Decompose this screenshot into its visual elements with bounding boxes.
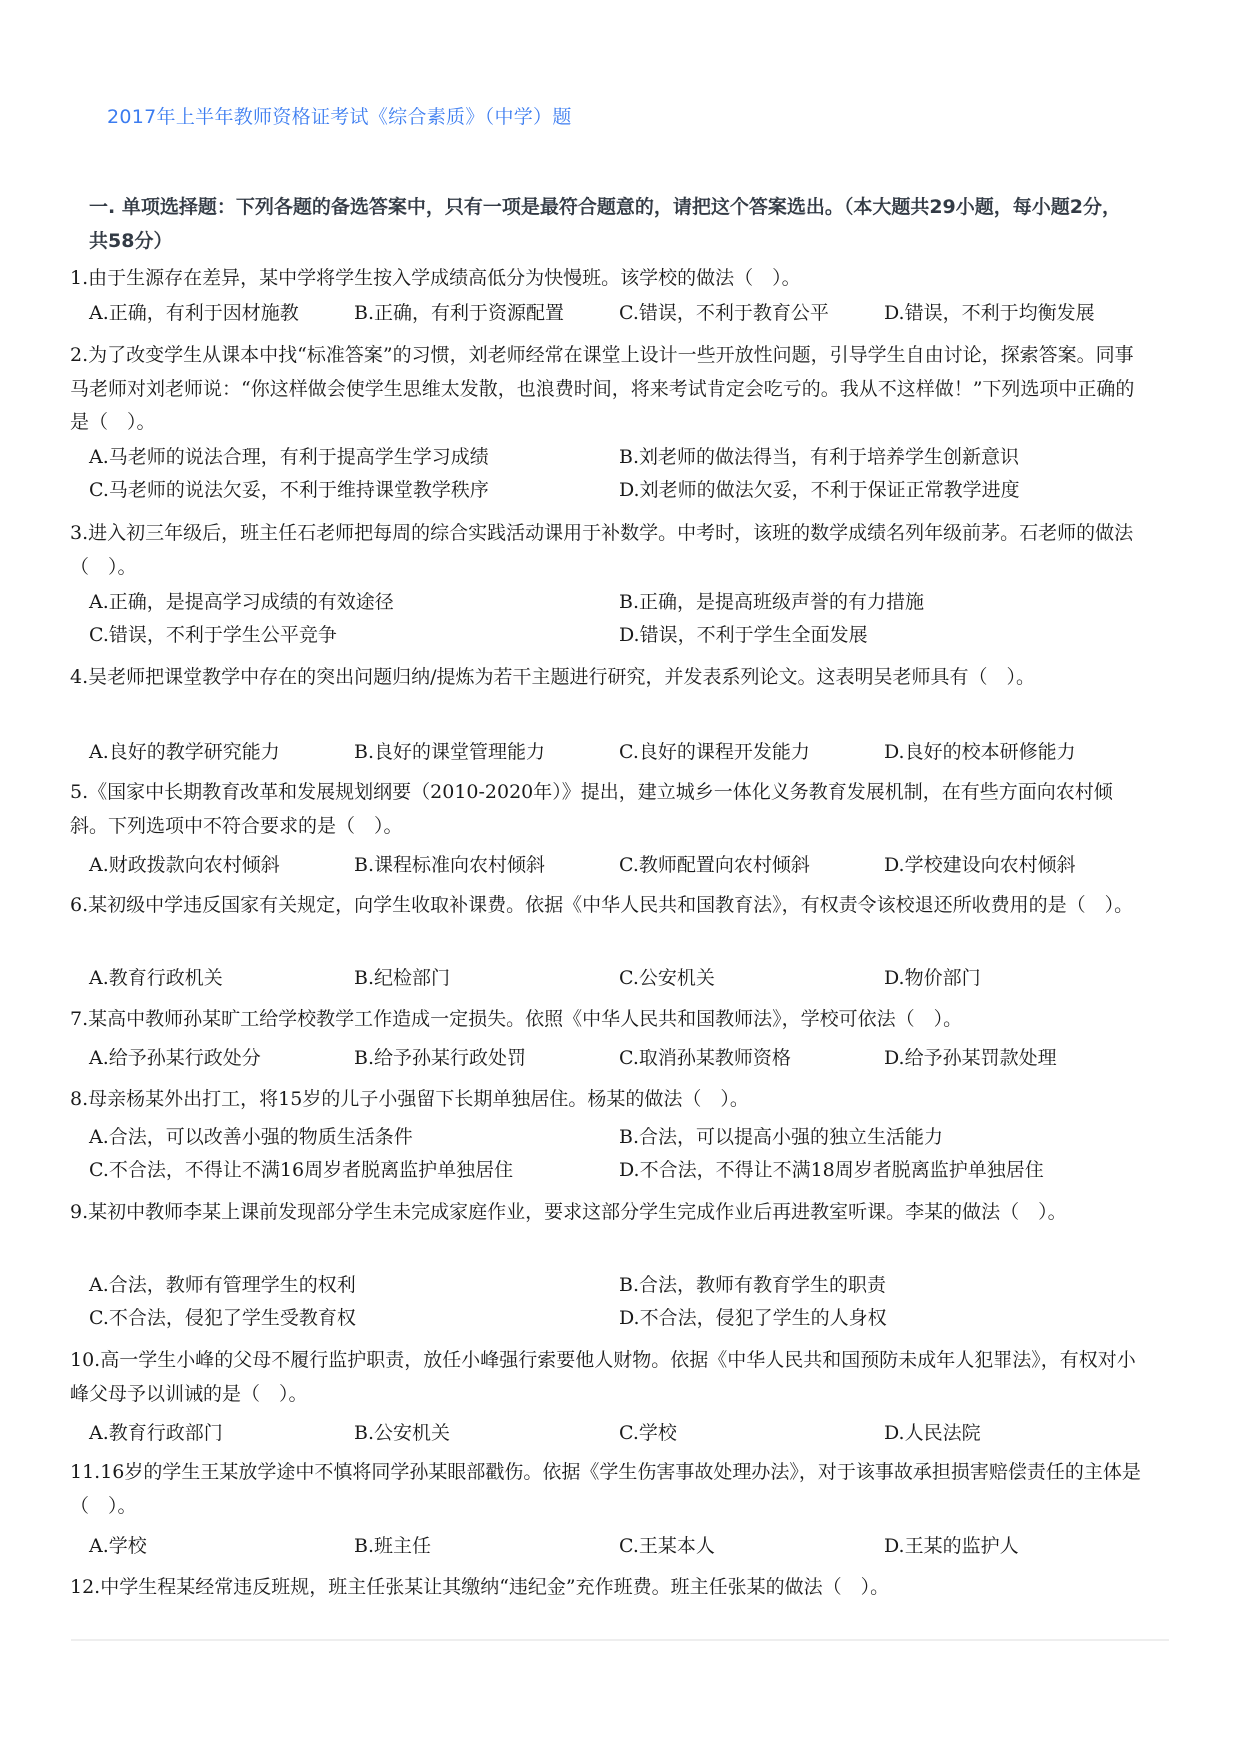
question-stem: 中学生程某经常违反班规，班主任张某让其缴纳“违纪金”充作班费。班主任张某的做法（… bbox=[100, 1576, 889, 1598]
exam-title: 2017年上半年教师资格证考试《综合素质》（中学）题 bbox=[107, 102, 572, 129]
option-b[interactable]: B.良好的课堂管理能力 bbox=[354, 737, 545, 764]
option-d[interactable]: D.良好的校本研修能力 bbox=[884, 737, 1076, 764]
question-3: 3.进入初三年级后，班主任石老师把每周的综合实践活动课用于补数学。中考时，该班的… bbox=[70, 517, 1150, 584]
option-b[interactable]: B.公安机关 bbox=[354, 1418, 450, 1445]
option-b[interactable]: B.纪检部门 bbox=[354, 963, 450, 990]
option-c[interactable]: C.教师配置向农村倾斜 bbox=[619, 850, 810, 877]
option-c[interactable]: C.公安机关 bbox=[619, 963, 715, 990]
option-d[interactable]: D.不合法，侵犯了学生的人身权 bbox=[619, 1303, 887, 1330]
option-b[interactable]: B.正确，是提高班级声誉的有力措施 bbox=[619, 587, 924, 614]
option-d[interactable]: D.王某的监护人 bbox=[884, 1531, 1019, 1558]
option-a[interactable]: A.正确，是提高学习成绩的有效途径 bbox=[89, 587, 394, 614]
options-10: A.教育行政部门 B.公安机关 C.学校 D.人民法院 bbox=[89, 1418, 1149, 1451]
section-heading: 一. 单项选择题：下列各题的备选答案中，只有一项是最符合题意的，请把这个答案选出… bbox=[89, 190, 1139, 258]
option-c[interactable]: C.王某本人 bbox=[619, 1531, 715, 1558]
question-10: 10.高一学生小峰的父母不履行监护职责，放任小峰强行索要他人财物。依据《中华人民… bbox=[70, 1344, 1150, 1411]
option-a[interactable]: A.教育行政部门 bbox=[89, 1418, 223, 1445]
question-number: 3. bbox=[70, 522, 88, 544]
option-d[interactable]: D.物价部门 bbox=[884, 963, 981, 990]
option-c[interactable]: C.不合法，侵犯了学生受教育权 bbox=[89, 1303, 356, 1330]
question-number: 7. bbox=[70, 1008, 88, 1030]
option-c[interactable]: C.良好的课程开发能力 bbox=[619, 737, 810, 764]
options-5: A.财政拨款向农村倾斜 B.课程标准向农村倾斜 C.教师配置向农村倾斜 D.学校… bbox=[89, 850, 1149, 883]
option-b[interactable]: B.合法，教师有教育学生的职责 bbox=[619, 1270, 886, 1297]
question-number: 10. bbox=[70, 1349, 100, 1371]
option-a[interactable]: A.正确，有利于因材施教 bbox=[89, 298, 299, 325]
option-a[interactable]: A.合法，教师有管理学生的权利 bbox=[89, 1270, 356, 1297]
options-2: A.马老师的说法合理，有利于提高学生学习成绩 B.刘老师的做法得当，有利于培养学… bbox=[89, 442, 1149, 508]
question-4: 4.吴老师把课堂教学中存在的突出问题归纳/提炼为若干主题进行研究，并发表系列论文… bbox=[70, 661, 1150, 695]
question-number: 1. bbox=[70, 267, 88, 289]
option-b[interactable]: B.班主任 bbox=[354, 1531, 431, 1558]
question-number: 9. bbox=[70, 1201, 88, 1223]
options-1: A.正确，有利于因材施教 B.正确，有利于资源配置 C.错误，不利于教育公平 D… bbox=[89, 298, 1149, 331]
option-a[interactable]: A.教育行政机关 bbox=[89, 963, 223, 990]
option-a[interactable]: A.给予孙某行政处分 bbox=[89, 1043, 261, 1070]
options-11: A.学校 B.班主任 C.王某本人 D.王某的监护人 bbox=[89, 1531, 1149, 1564]
option-d[interactable]: D.人民法院 bbox=[884, 1418, 981, 1445]
options-7: A.给予孙某行政处分 B.给予孙某行政处罚 C.取消孙某教师资格 D.给予孙某罚… bbox=[89, 1043, 1149, 1076]
option-c[interactable]: C.错误，不利于学生公平竞争 bbox=[89, 620, 337, 647]
option-b[interactable]: B.正确，有利于资源配置 bbox=[354, 298, 564, 325]
option-b[interactable]: B.合法，可以提高小强的独立生活能力 bbox=[619, 1122, 943, 1149]
question-stem: 为了改变学生从课本中找“标准答案”的习惯，刘老师经常在课堂上设计一些开放性问题，… bbox=[70, 344, 1134, 433]
option-a[interactable]: A.学校 bbox=[89, 1531, 147, 1558]
question-number: 5. bbox=[70, 781, 88, 803]
question-stem: 进入初三年级后，班主任石老师把每周的综合实践活动课用于补数学。中考时，该班的数学… bbox=[70, 522, 1133, 578]
options-9: A.合法，教师有管理学生的权利 B.合法，教师有教育学生的职责 C.不合法，侵犯… bbox=[89, 1270, 1149, 1336]
option-d[interactable]: D.错误，不利于学生全面发展 bbox=[619, 620, 868, 647]
option-c[interactable]: C.不合法，不得让不满16周岁者脱离监护单独居住 bbox=[89, 1155, 513, 1182]
question-6: 6.某初级中学违反国家有关规定，向学生收取补课费。依据《中华人民共和国教育法》，… bbox=[70, 889, 1150, 923]
option-d[interactable]: D.给予孙某罚款处理 bbox=[884, 1043, 1057, 1070]
option-b[interactable]: B.课程标准向农村倾斜 bbox=[354, 850, 545, 877]
option-c[interactable]: C.取消孙某教师资格 bbox=[619, 1043, 791, 1070]
option-a[interactable]: A.合法，可以改善小强的物质生活条件 bbox=[89, 1122, 413, 1149]
option-d[interactable]: D.刘老师的做法欠妥，不利于保证正常教学进度 bbox=[619, 475, 1020, 502]
question-stem: 《国家中长期教育改革和发展规划纲要（2010-2020年）》提出，建立城乡一体化… bbox=[70, 781, 1113, 837]
page-divider bbox=[71, 1639, 1169, 1641]
question-stem: 某初中教师李某上课前发现部分学生未完成家庭作业，要求这部分学生完成作业后再进教室… bbox=[88, 1201, 1067, 1223]
options-4: A.良好的教学研究能力 B.良好的课堂管理能力 C.良好的课程开发能力 D.良好… bbox=[89, 737, 1149, 770]
option-a[interactable]: A.良好的教学研究能力 bbox=[89, 737, 280, 764]
option-a[interactable]: A.马老师的说法合理，有利于提高学生学习成绩 bbox=[89, 442, 489, 469]
option-d[interactable]: D.错误，不利于均衡发展 bbox=[884, 298, 1095, 325]
options-8: A.合法，可以改善小强的物质生活条件 B.合法，可以提高小强的独立生活能力 C.… bbox=[89, 1122, 1149, 1188]
question-stem: 某初级中学违反国家有关规定，向学生收取补课费。依据《中华人民共和国教育法》，有权… bbox=[88, 894, 1133, 916]
question-11: 11.16岁的学生王某放学途中不慎将同学孙某眼部戳伤。依据《学生伤害事故处理办法… bbox=[70, 1456, 1150, 1523]
question-stem: 吴老师把课堂教学中存在的突出问题归纳/提炼为若干主题进行研究，并发表系列论文。这… bbox=[88, 666, 1035, 688]
question-number: 12. bbox=[70, 1576, 100, 1598]
question-number: 11. bbox=[70, 1461, 100, 1483]
question-stem: 高一学生小峰的父母不履行监护职责，放任小峰强行索要他人财物。依据《中华人民共和国… bbox=[70, 1349, 1136, 1405]
option-c[interactable]: C.错误，不利于教育公平 bbox=[619, 298, 829, 325]
option-c[interactable]: C.学校 bbox=[619, 1418, 677, 1445]
question-stem: 由于生源存在差异，某中学将学生按入学成绩高低分为快慢班。该学校的做法（ ）。 bbox=[88, 267, 801, 289]
option-b[interactable]: B.给予孙某行政处罚 bbox=[354, 1043, 526, 1070]
question-number: 4. bbox=[70, 666, 88, 688]
question-stem: 母亲杨某外出打工，将15岁的儿子小强留下长期单独居住。杨某的做法（ ）。 bbox=[88, 1088, 749, 1110]
question-8: 8.母亲杨某外出打工，将15岁的儿子小强留下长期单独居住。杨某的做法（ ）。 bbox=[70, 1083, 1150, 1117]
question-12: 12.中学生程某经常违反班规，班主任张某让其缴纳“违纪金”充作班费。班主任张某的… bbox=[70, 1571, 1150, 1605]
options-6: A.教育行政机关 B.纪检部门 C.公安机关 D.物价部门 bbox=[89, 963, 1149, 996]
option-a[interactable]: A.财政拨款向农村倾斜 bbox=[89, 850, 280, 877]
question-5: 5.《国家中长期教育改革和发展规划纲要（2010-2020年）》提出，建立城乡一… bbox=[70, 776, 1150, 843]
option-c[interactable]: C.马老师的说法欠妥，不利于维持课堂教学秩序 bbox=[89, 475, 489, 502]
question-1: 1.由于生源存在差异，某中学将学生按入学成绩高低分为快慢班。该学校的做法（ ）。 bbox=[70, 262, 1150, 296]
question-number: 2. bbox=[70, 344, 88, 366]
question-number: 6. bbox=[70, 894, 88, 916]
option-b[interactable]: B.刘老师的做法得当，有利于培养学生创新意识 bbox=[619, 442, 1019, 469]
question-9: 9.某初中教师李某上课前发现部分学生未完成家庭作业，要求这部分学生完成作业后再进… bbox=[70, 1196, 1150, 1230]
question-2: 2.为了改变学生从课本中找“标准答案”的习惯，刘老师经常在课堂上设计一些开放性问… bbox=[70, 339, 1150, 440]
question-7: 7.某高中教师孙某旷工给学校教学工作造成一定损失。依照《中华人民共和国教师法》，… bbox=[70, 1003, 1150, 1037]
question-number: 8. bbox=[70, 1088, 88, 1110]
question-stem: 某高中教师孙某旷工给学校教学工作造成一定损失。依照《中华人民共和国教师法》，学校… bbox=[88, 1008, 962, 1030]
option-d[interactable]: D.不合法，不得让不满18周岁者脱离监护单独居住 bbox=[619, 1155, 1044, 1182]
question-stem: 16岁的学生王某放学途中不慎将同学孙某眼部戳伤。依据《学生伤害事故处理办法》，对… bbox=[70, 1461, 1141, 1517]
options-3: A.正确，是提高学习成绩的有效途径 B.正确，是提高班级声誉的有力措施 C.错误… bbox=[89, 587, 1149, 653]
option-d[interactable]: D.学校建设向农村倾斜 bbox=[884, 850, 1076, 877]
